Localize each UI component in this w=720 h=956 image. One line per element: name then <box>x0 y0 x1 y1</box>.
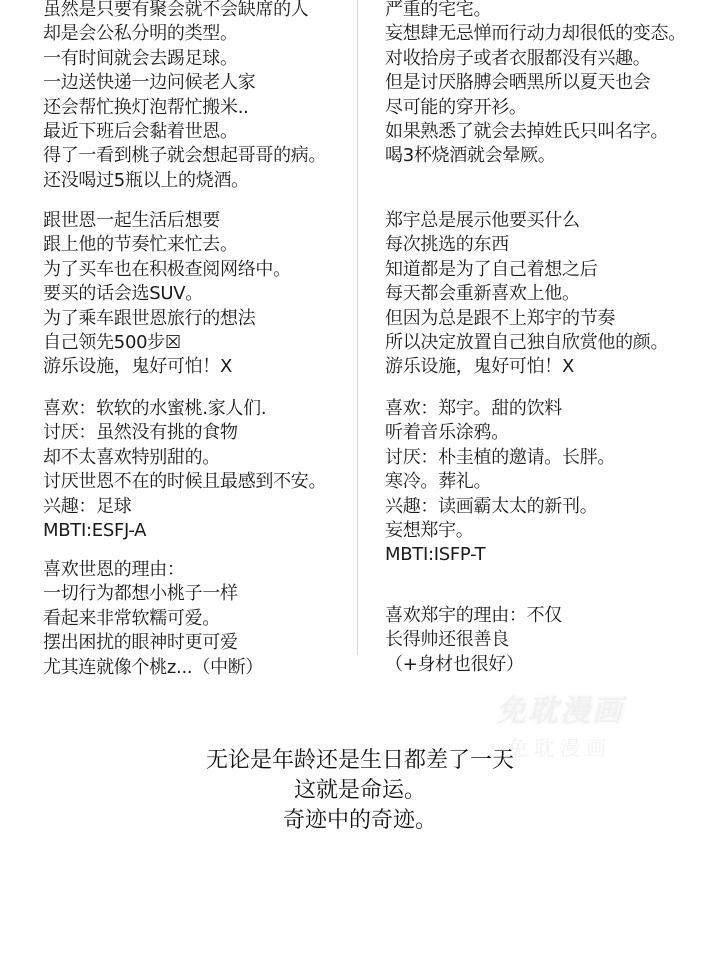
text-line: 为了乘车跟世恩旅行的想法 <box>43 307 291 331</box>
text-line: 每天都会重新喜欢上他。 <box>385 282 668 306</box>
watermark-text: 免耽漫画 <box>470 686 650 730</box>
left-reason-block: 喜欢世恩的理由： 一切行为都想小桃子一样 看起来非常软糯可爱。 摆出困扰的眼神时… <box>43 558 263 680</box>
text-line: 喝3杯烧酒就会晕厥。 <box>385 144 686 168</box>
text-line: 喜欢郑宇的理由：不仅 <box>385 604 562 628</box>
text-line: 跟上他的节奏忙来忙去。 <box>43 233 291 257</box>
text-line: 喜欢世恩的理由： <box>43 558 263 582</box>
text-line: 跟世恩一起生活后想要 <box>43 209 291 233</box>
text-line: 虽然是只要有聚会就不会缺席的人 <box>43 0 326 22</box>
text-line: 所以决定放置自己独自欣赏他的颜。 <box>385 331 668 355</box>
text-line: 自己领先500步☒ <box>43 331 291 355</box>
text-line: 却是会公私分明的类型。 <box>43 22 326 46</box>
text-line: 喜欢：软软的水蜜桃.家人们. <box>43 397 326 421</box>
caption-line: 奇迹中的奇迹。 <box>0 806 720 836</box>
left-likes-dislikes-block: 喜欢：软软的水蜜桃.家人们. 讨厌：虽然没有挑的食物 却不太喜欢特别甜的。 讨厌… <box>43 397 326 543</box>
text-line: 但是讨厌胳膊会晒黑所以夏天也会 <box>385 71 686 95</box>
text-line: 摆出困扰的眼神时更可爱 <box>43 631 263 655</box>
text-line: 听着音乐涂鸦。 <box>385 421 615 445</box>
text-line: 严重的宅宅。 <box>385 0 686 22</box>
text-line: 郑宇总是展示他要买什么 <box>385 209 668 233</box>
text-line: 每次挑选的东西 <box>385 233 668 257</box>
right-likes-dislikes-block: 喜欢：郑宇。甜的饮料 听着音乐涂鸦。 讨厌：朴圭植的邀请。长胖。 寒冷。葬礼。 … <box>385 397 615 568</box>
text-line: 如果熟悉了就会去掉姓氏只叫名字。 <box>385 120 686 144</box>
text-line: 知道都是为了自己着想之后 <box>385 258 668 282</box>
text-line: 寒冷。葬礼。 <box>385 470 615 494</box>
text-line: 要买的话会选SUV。 <box>43 282 291 306</box>
right-intro-block: 严重的宅宅。 妄想肆无忌惮而行动力却很低的变态。 对收拾房子或者衣服都没有兴趣。… <box>385 0 686 169</box>
left-intro-block: 虽然是只要有聚会就不会缺席的人 却是会公私分明的类型。 一有时间就会去踢足球。 … <box>43 0 326 193</box>
text-line: 游乐设施，鬼好可怕！X <box>385 355 668 379</box>
text-line: 还会帮忙换灯泡帮忙搬米.. <box>43 96 326 120</box>
text-line: 但因为总是跟不上郑宇的节奏 <box>385 307 668 331</box>
text-line: 尽可能的穿开衫。 <box>385 96 686 120</box>
mbti-line: MBTI:ESFJ-A <box>43 519 326 543</box>
text-line: 一有时间就会去踢足球。 <box>43 47 326 71</box>
text-line: 得了一看到桃子就会想起哥哥的病。 <box>43 144 326 168</box>
text-line: 最近下班后会黏着世恩。 <box>43 120 326 144</box>
caption-line: 这就是命运。 <box>0 776 720 806</box>
text-line: 尤其连就像个桃z...（中断） <box>43 656 263 680</box>
text-line: 却不太喜欢特别甜的。 <box>43 446 326 470</box>
text-line: 对收拾房子或者衣服都没有兴趣。 <box>385 47 686 71</box>
text-line: 为了买车也在积极查阅网络中。 <box>43 258 291 282</box>
column-divider <box>357 0 358 655</box>
text-line: 一切行为都想小桃子一样 <box>43 582 263 606</box>
text-line: 妄想郑宇。 <box>385 519 615 543</box>
text-line: 还没喝过5瓶以上的烧酒。 <box>43 169 326 193</box>
text-line: （+身材也很好） <box>385 653 562 677</box>
right-relationship-block: 郑宇总是展示他要买什么 每次挑选的东西 知道都是为了自己着想之后 每天都会重新喜… <box>385 209 668 380</box>
text-line: 兴趣：读画霸太太的新刊。 <box>385 495 615 519</box>
text-line: 讨厌：虽然没有挑的食物 <box>43 421 326 445</box>
text-line: 讨厌世恩不在的时候且最感到不安。 <box>43 470 326 494</box>
right-reason-block: 喜欢郑宇的理由：不仅 长得帅还很善良 （+身材也很好） <box>385 604 562 677</box>
text-line: 游乐设施，鬼好可怕！X <box>43 355 291 379</box>
left-relationship-block: 跟世恩一起生活后想要 跟上他的节奏忙来忙去。 为了买车也在积极查阅网络中。 要买… <box>43 209 291 380</box>
text-line: 兴趣：足球 <box>43 495 326 519</box>
mbti-line: MBTI:ISFP-T <box>385 543 615 567</box>
center-caption: 无论是年龄还是生日都差了一天 这就是命运。 奇迹中的奇迹。 <box>0 746 720 836</box>
text-line: 喜欢：郑宇。甜的饮料 <box>385 397 615 421</box>
text-line: 一边送快递一边问候老人家 <box>43 71 326 95</box>
text-line: 看起来非常软糯可爱。 <box>43 607 263 631</box>
text-line: 讨厌：朴圭植的邀请。长胖。 <box>385 446 615 470</box>
caption-line: 无论是年龄还是生日都差了一天 <box>0 746 720 776</box>
text-line: 妄想肆无忌惮而行动力却很低的变态。 <box>385 22 686 46</box>
text-line: 长得帅还很善良 <box>385 628 562 652</box>
